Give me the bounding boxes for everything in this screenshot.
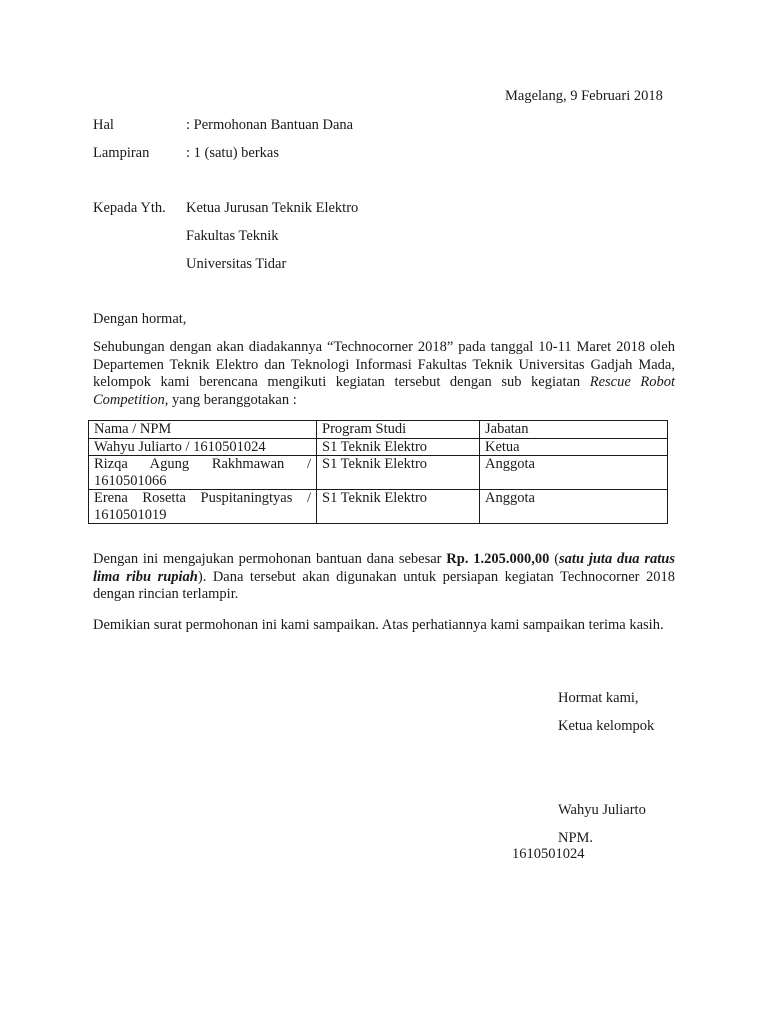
table-row: Rizqa Agung Rakhmawan / 1610501066 S1 Te… [89,456,668,490]
attachment-value: : 1 (satu) berkas [186,145,279,162]
header-program: Program Studi [317,421,480,439]
recipient-line-2: Fakultas Teknik [186,228,279,245]
cell-role: Anggota [480,456,668,490]
cell-name-npm: Erena Rosetta Puspitaningtyas / 16105010… [89,490,317,524]
npm-label: NPM. [558,830,593,847]
request-paren: ( [549,551,559,567]
header-name-npm: Nama / NPM [89,421,317,439]
attachment-label: Lampiran [93,145,149,162]
cell-name-npm: Wahyu Juliarto / 1610501024 [89,438,317,456]
recipient-label: Kepada Yth. [93,200,166,217]
subject-label: Hal [93,117,114,134]
request-text: Dengan ini mengajukan permohonan bantuan… [93,551,446,567]
table-header-row: Nama / NPM Program Studi Jabatan [89,421,668,439]
table-row: Erena Rosetta Puspitaningtyas / 16105010… [89,490,668,524]
subject-value: : Permohonan Bantuan Dana [186,117,353,134]
recipient-line-1: Ketua Jurusan Teknik Elektro [186,200,358,217]
signer-position: Ketua kelompok [558,718,654,735]
amount: Rp. 1.205.000,00 [446,551,549,567]
cell-program: S1 Teknik Elektro [317,456,480,490]
header-role: Jabatan [480,421,668,439]
cell-role: Ketua [480,438,668,456]
regards: Hormat kami, [558,690,639,707]
salutation: Dengan hormat, [93,311,186,328]
cell-program: S1 Teknik Elektro [317,438,480,456]
closing-paragraph: Demikian surat permohonan ini kami sampa… [93,617,675,635]
request-paragraph: Dengan ini mengajukan permohonan bantuan… [93,551,675,604]
intro-text: Sehubungan dengan akan diadakannya “Tech… [93,339,675,390]
place-date: Magelang, 9 Februari 2018 [505,88,663,105]
cell-program: S1 Teknik Elektro [317,490,480,524]
intro-paragraph: Sehubungan dengan akan diadakannya “Tech… [93,339,675,409]
members-table: Nama / NPM Program Studi Jabatan Wahyu J… [88,420,668,524]
table-row: Wahyu Juliarto / 1610501024 S1 Teknik El… [89,438,668,456]
cell-role: Anggota [480,490,668,524]
intro-text-end: , yang beranggotakan : [165,392,297,408]
signer-npm: 1610501024 [512,846,585,863]
signer-name: Wahyu Juliarto [558,802,646,819]
cell-name-npm: Rizqa Agung Rakhmawan / 1610501066 [89,456,317,490]
recipient-line-3: Universitas Tidar [186,256,286,273]
